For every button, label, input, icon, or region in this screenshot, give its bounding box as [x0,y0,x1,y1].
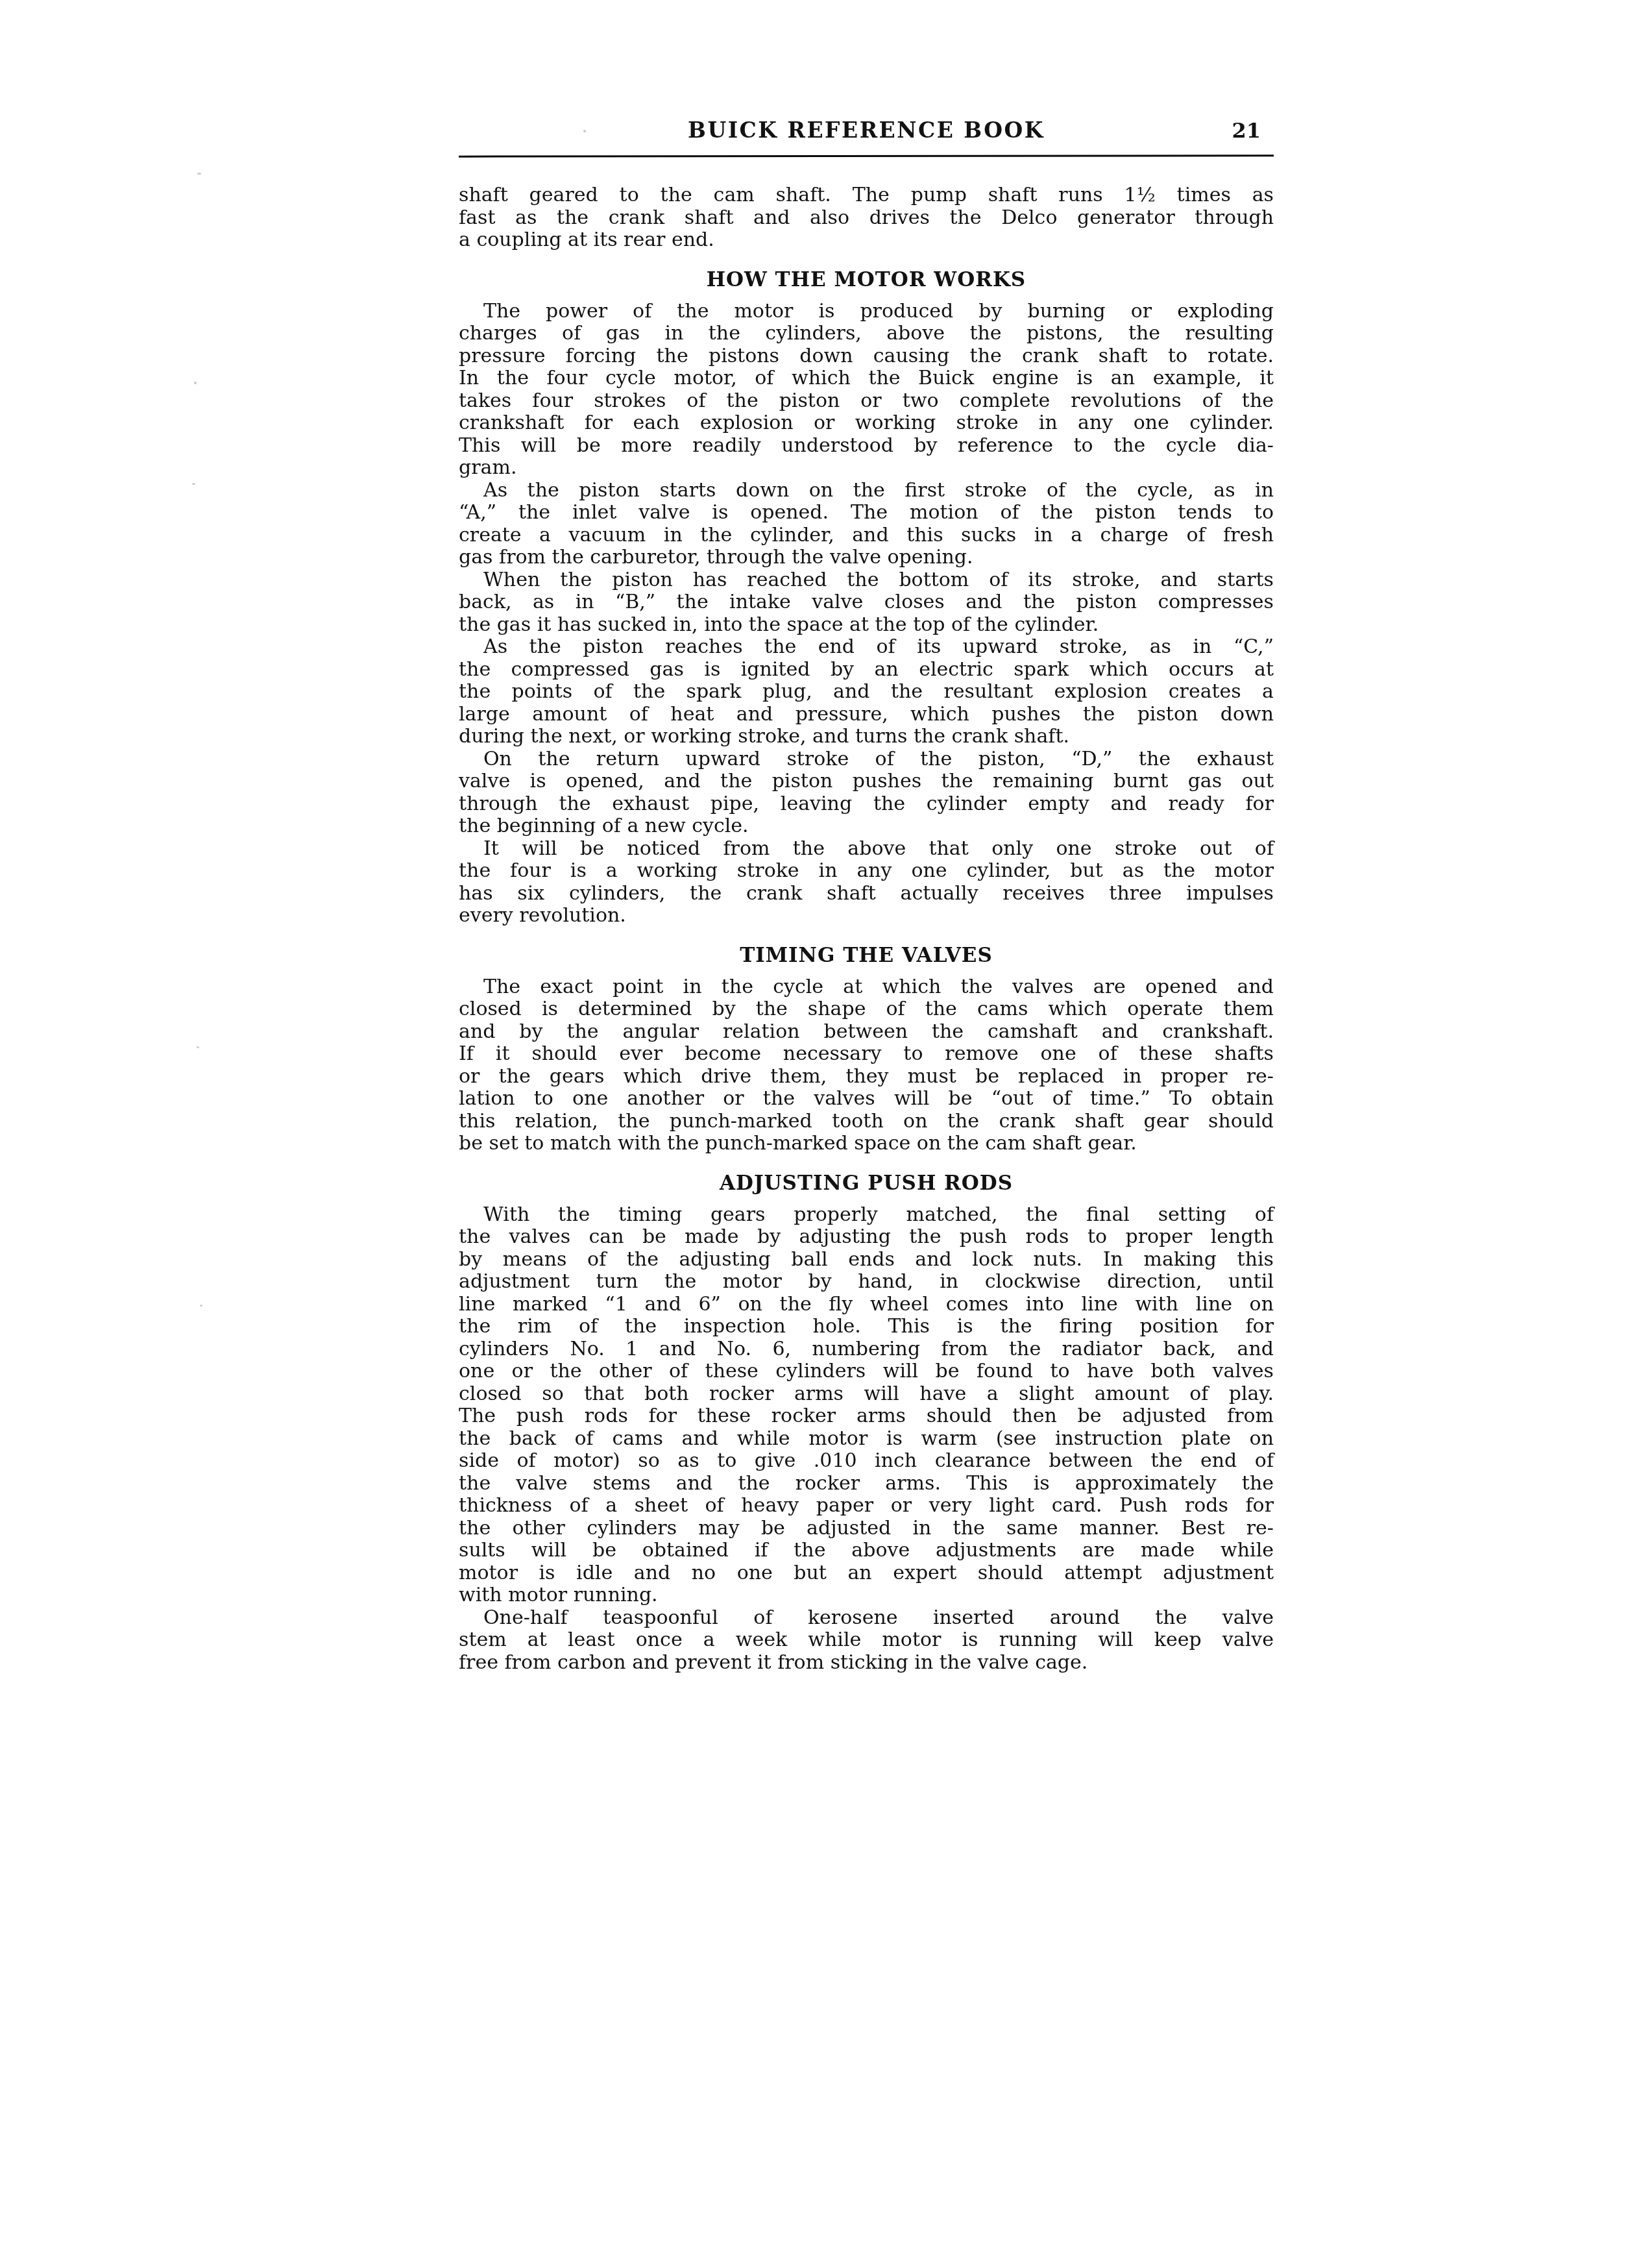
section-heading: TIMING THE VALVES [459,944,1274,967]
page-content: BUICK REFERENCE BOOK 21 shaft geared to … [459,117,1274,1674]
paragraph: On the return upward stroke of the pisto… [459,748,1274,838]
text-line: When the piston has reached the bottom o… [459,569,1274,592]
section-heading: ADJUSTING PUSH RODS [459,1172,1274,1195]
text-line: adjustment turn the motor by hand, in cl… [459,1271,1274,1294]
text-line: the beginning of a new cycle. [459,815,1274,838]
text-line: large amount of heat and pressure, which… [459,704,1274,726]
text-line: shaft geared to the cam shaft. The pump … [459,184,1274,207]
text-line: one or the other of these cylinders will… [459,1360,1274,1383]
page-body: shaft geared to the cam shaft. The pump … [459,184,1274,1674]
text-line: It will be noticed from the above that o… [459,838,1274,861]
text-line: charges of gas in the cylinders, above t… [459,323,1274,345]
paragraph: As the piston starts down on the first s… [459,480,1274,569]
text-line: If it should ever become necessary to re… [459,1043,1274,1066]
book-title: BUICK REFERENCE BOOK [688,117,1045,143]
text-line: line marked “1 and 6” on the fly wheel c… [459,1294,1274,1316]
text-line: sults will be obtained if the above adju… [459,1540,1274,1562]
scan-speck [197,1046,199,1048]
text-line: stem at least once a week while motor is… [459,1629,1274,1652]
section-heading: HOW THE MOTOR WORKS [459,268,1274,291]
text-line: gram. [459,457,1274,480]
text-line: has six cylinders, the crank shaft actua… [459,883,1274,905]
text-line: closed is determined by the shape of the… [459,998,1274,1021]
paragraph: As the piston reaches the end of its upw… [459,636,1274,748]
text-line: The exact point in the cycle at which th… [459,976,1274,999]
text-line: the compressed gas is ignited by an elec… [459,659,1274,682]
text-line: the other cylinders may be adjusted in t… [459,1517,1274,1540]
paragraph: When the piston has reached the bottom o… [459,569,1274,637]
text-line: the back of cams and while motor is warm… [459,1428,1274,1451]
text-line: the valves can be made by adjusting the … [459,1226,1274,1249]
text-line: through the exhaust pipe, leaving the cy… [459,793,1274,816]
text-line: This will be more readily understood by … [459,435,1274,458]
text-line: every revolution. [459,905,1274,927]
text-line: be set to match with the punch-marked sp… [459,1133,1274,1155]
text-line: the valve stems and the rocker arms. Thi… [459,1473,1274,1495]
text-line: this relation, the punch-marked tooth on… [459,1111,1274,1133]
text-line: The push rods for these rocker arms shou… [459,1405,1274,1428]
text-line: crankshaft for each explosion or working… [459,412,1274,435]
paragraph: One-half teaspoonful of kerosene inserte… [459,1607,1274,1675]
scan-speck [197,173,201,175]
scanned-book-page: BUICK REFERENCE BOOK 21 shaft geared to … [0,0,1652,2260]
text-line: the points of the spark plug, and the re… [459,681,1274,704]
text-line: lation to one another or the valves will… [459,1088,1274,1111]
text-line: a coupling at its rear end. [459,229,1274,252]
text-line: create a vacuum in the cylinder, and thi… [459,524,1274,547]
paragraph: It will be noticed from the above that o… [459,838,1274,927]
text-line: gas from the carburetor, through the val… [459,547,1274,569]
text-line: the rim of the inspection hole. This is … [459,1316,1274,1338]
text-line: motor is idle and no one but an expert s… [459,1562,1274,1585]
paragraph: The power of the motor is produced by bu… [459,301,1274,480]
text-line: by means of the adjusting ball ends and … [459,1249,1274,1271]
scan-speck [194,382,197,384]
text-line: free from carbon and prevent it from sti… [459,1652,1274,1675]
text-line: and by the angular relation between the … [459,1021,1274,1044]
text-line: “A,” the inlet valve is opened. The moti… [459,502,1274,524]
text-line: One-half teaspoonful of kerosene inserte… [459,1607,1274,1630]
running-header: BUICK REFERENCE BOOK 21 [459,117,1274,146]
scan-speck [192,483,195,485]
text-line: the gas it has sucked in, into the space… [459,614,1274,637]
header-rule [459,154,1274,157]
text-line: with motor running. [459,1584,1274,1607]
paragraph: The exact point in the cycle at which th… [459,976,1274,1155]
text-line: The power of the motor is produced by bu… [459,301,1274,323]
text-line: closed so that both rocker arms will hav… [459,1383,1274,1406]
text-line: valve is opened, and the piston pushes t… [459,770,1274,793]
text-line: takes four strokes of the piston or two … [459,390,1274,413]
text-line: In the four cycle motor, of which the Bu… [459,367,1274,390]
text-line: pressure forcing the pistons down causin… [459,345,1274,368]
text-line: As the piston starts down on the first s… [459,480,1274,502]
text-line: With the timing gears properly matched, … [459,1204,1274,1227]
scan-speck [200,1305,202,1307]
text-line: during the next, or working stroke, and … [459,726,1274,748]
text-line: cylinders No. 1 and No. 6, numbering fro… [459,1338,1274,1361]
paragraph: shaft geared to the cam shaft. The pump … [459,184,1274,252]
paragraph: With the timing gears properly matched, … [459,1204,1274,1607]
text-line: the four is a working stroke in any one … [459,860,1274,883]
text-line: side of motor) so as to give .010 inch c… [459,1450,1274,1473]
text-line: or the gears which drive them, they must… [459,1066,1274,1088]
text-line: thickness of a sheet of heavy paper or v… [459,1495,1274,1517]
text-line: On the return upward stroke of the pisto… [459,748,1274,771]
page-number: 21 [1232,118,1261,143]
text-line: back, as in “B,” the intake valve closes… [459,591,1274,614]
text-line: fast as the crank shaft and also drives … [459,207,1274,230]
text-line: As the piston reaches the end of its upw… [459,636,1274,659]
